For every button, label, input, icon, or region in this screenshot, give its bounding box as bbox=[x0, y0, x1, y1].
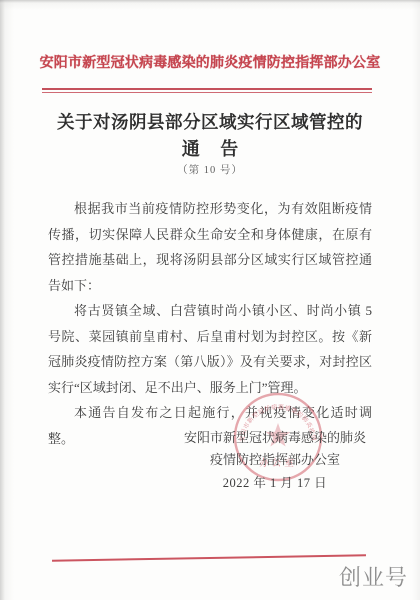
footer-divider bbox=[52, 554, 366, 561]
signature-date: 2022 年 1 月 17 日 bbox=[160, 472, 390, 494]
scanned-document-page: 安阳市新型冠状病毒感染的肺炎疫情防控指挥部办公室 关于对汤阴县部分区域实行区域管… bbox=[0, 0, 420, 600]
signature-org-line1: 安阳市新型冠状病毒感染的肺炎 bbox=[160, 427, 390, 449]
issuing-org-header: 安阳市新型冠状病毒感染的肺炎疫情防控指挥部办公室 bbox=[20, 52, 400, 72]
header-divider-thin bbox=[42, 92, 372, 93]
document-number: （第 10 号） bbox=[20, 162, 400, 177]
platform-watermark: 创业号 bbox=[339, 561, 408, 592]
document-title-line2: 通 告 bbox=[20, 135, 400, 161]
document-title-line1: 关于对汤阴县部分区域实行区域管控的 bbox=[20, 109, 400, 134]
body-paragraph-1: 根据我市当前疫情防控形势变化，为有效阻断疫情传播，切实保障人民群众生命安全和身体… bbox=[48, 196, 372, 298]
signature-org-line2: 疫情防控指挥部办公室 bbox=[160, 449, 390, 471]
header-divider-thick bbox=[42, 88, 372, 90]
signature-block: 安阳市新型冠状病毒感染的肺炎 疫情防控指挥部办公室 2022 年 1 月 17 … bbox=[160, 427, 390, 494]
